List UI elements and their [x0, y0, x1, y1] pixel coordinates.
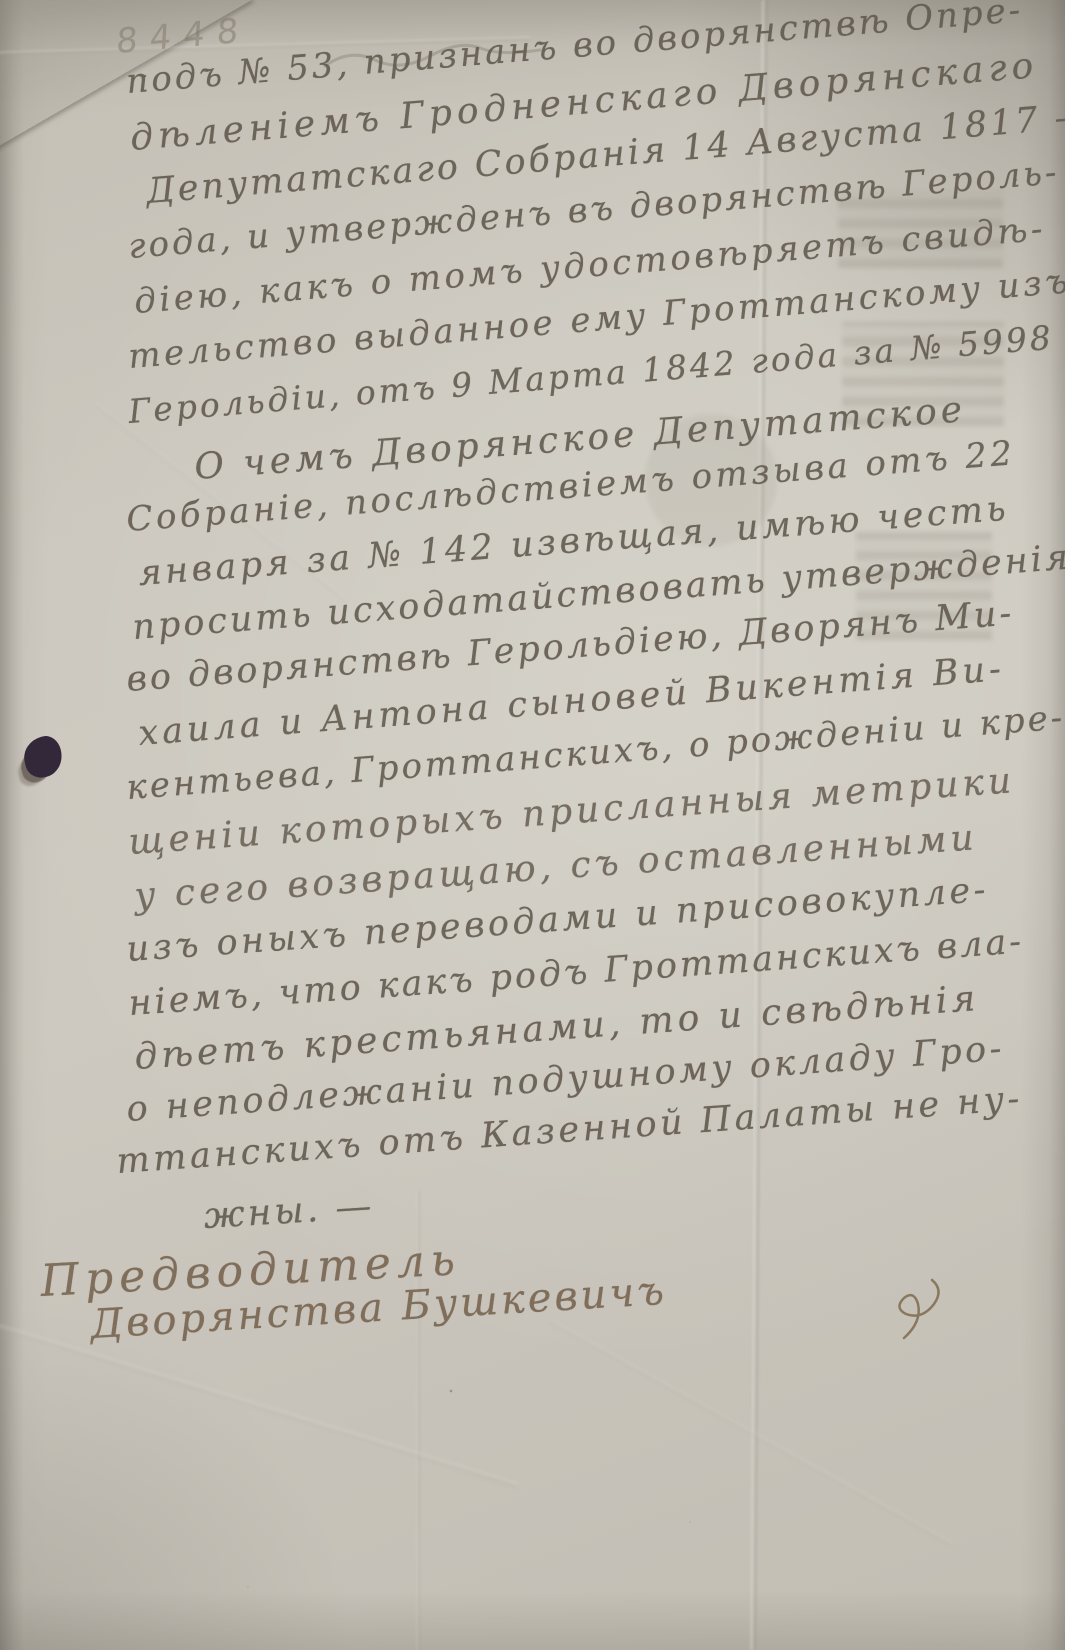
signature-flourish: [862, 1270, 952, 1350]
diagonal-crease-bottom-right: [548, 1319, 952, 1546]
handwritten-line-22: жны. —: [202, 1186, 375, 1237]
diagonal-crease-bottom-left: [0, 1313, 518, 1487]
ink-specks: [0, 0, 4, 4]
document-photo: 8448 подъ № 53, признанъ во дворянствѣ О…: [0, 0, 1065, 1650]
ink-blot: [20, 733, 67, 781]
